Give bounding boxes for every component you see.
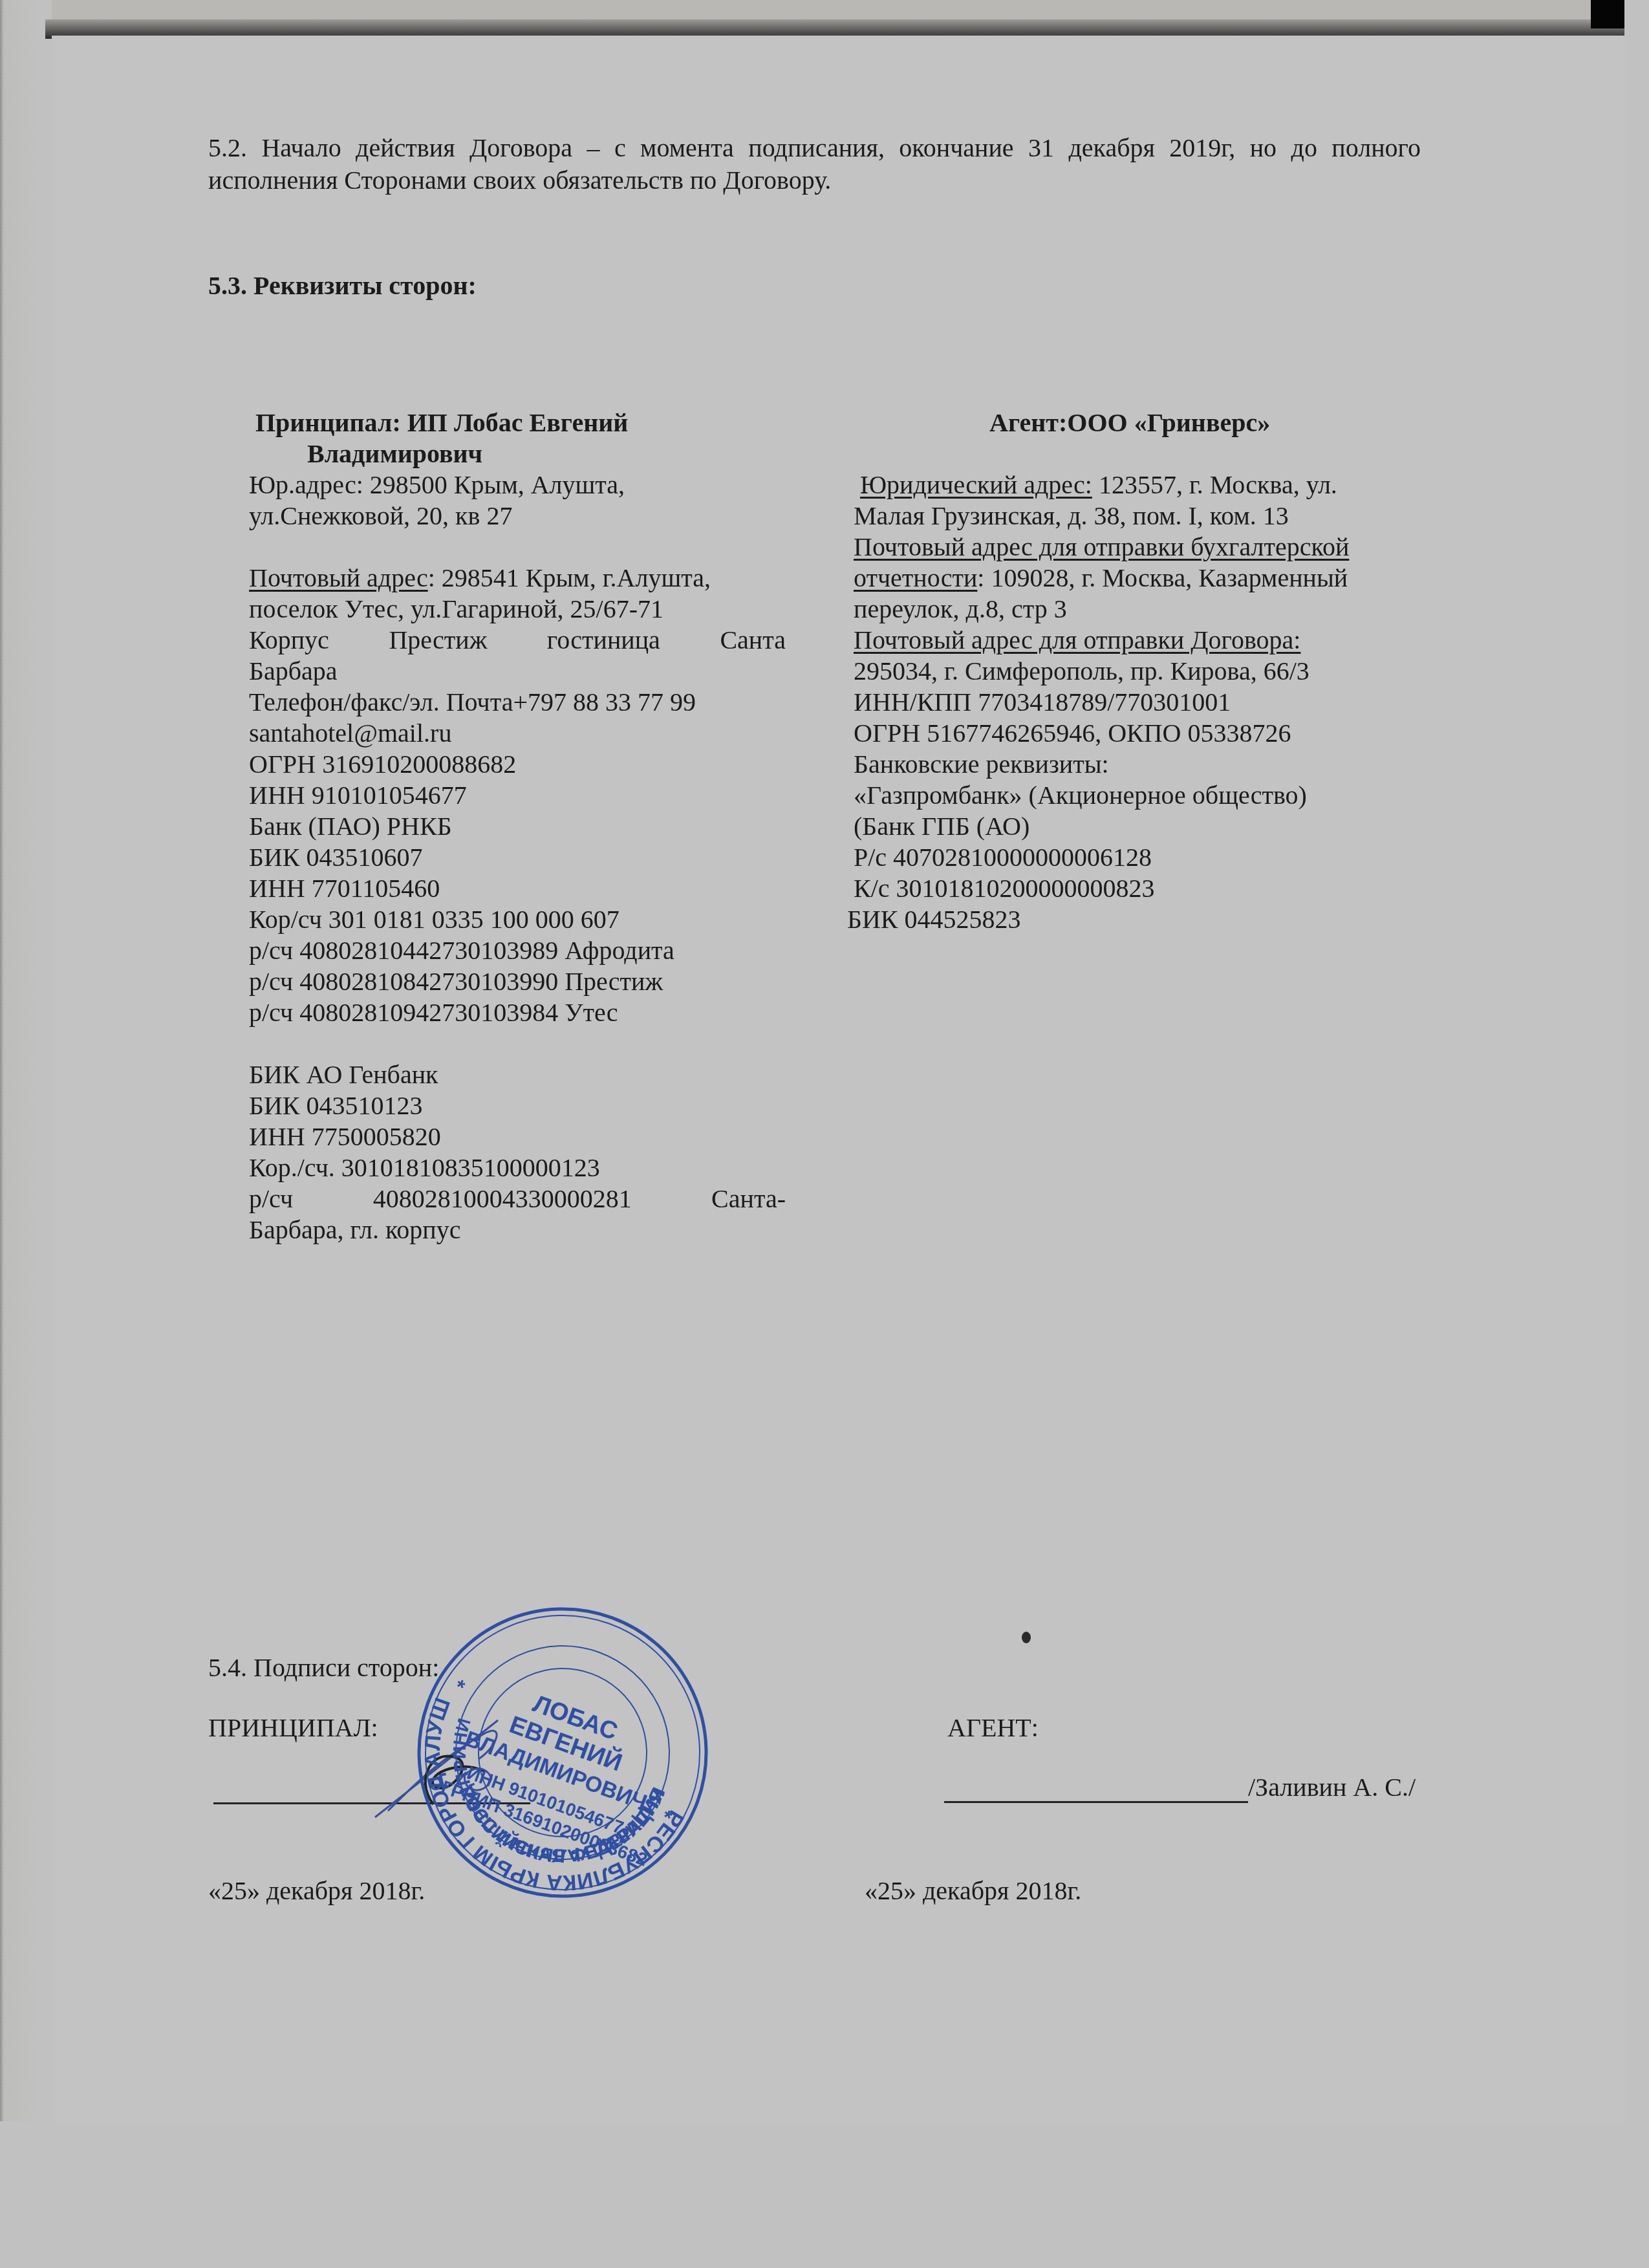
agent-accounting-postal-address-cont: переулок, д.8, стр 3 xyxy=(854,594,1436,625)
agent-accounting-postal-label: Почтовый адрес для отправки бухгалтерско… xyxy=(854,532,1436,563)
principal-legal-address: Юр.адрес: 298500 Крым, Алушта, xyxy=(249,470,786,501)
agent-accounting-postal-address: отчетности: 109028, г. Москва, Казарменн… xyxy=(854,563,1436,594)
bank2-inn: ИНН 7750005820 xyxy=(249,1121,786,1152)
principal-title: Принципал: ИП Лобас Евгений xyxy=(249,407,786,438)
bank2-account-cont: Барбара, гл. корпус xyxy=(249,1215,786,1246)
agent-bank-name: «Газпромбанк» (Акционерное общество) xyxy=(854,780,1436,811)
agent-ogrn-okpo: ОГРН 5167746265946, ОКПО 05338726 xyxy=(854,718,1436,749)
clause-5-3-heading: 5.3. Реквизиты сторон: xyxy=(208,270,477,301)
agent-details: Агент:ООО «Гринверс» Юридический адрес: … xyxy=(854,407,1436,935)
bank1-corr-account: Кор/сч 301 0181 0335 100 000 607 xyxy=(249,904,786,935)
agent-account: Р/с 40702810000000006128 xyxy=(854,842,1436,873)
svg-text:*: * xyxy=(452,1675,468,1700)
principal-inn: ИНН 910101054677 xyxy=(249,780,786,811)
principal-building: Корпус Престиж гостиница Санта xyxy=(249,625,786,656)
bank1-account-afrodita: р/сч 40802810442730103989 Афродита xyxy=(249,935,786,966)
principal-signature-date: «25» декабря 2018г. xyxy=(208,1875,425,1906)
principal-postal-address: Почтовый адрес: 298541 Крым, г.Алушта, xyxy=(249,563,786,594)
principal-postal-address-cont: поселок Утес, ул.Гагариной, 25/67-71 xyxy=(249,594,786,625)
company-seal-stamp: РЕСПУБЛИКА КРЫМ ГОРОД АЛУШТА ИНДИВИДУАЛЬ… xyxy=(414,1604,711,1901)
scan-speck xyxy=(1022,1632,1031,1643)
scan-bottom-strip xyxy=(0,2121,1649,2268)
agent-title: Агент:ООО «Гринверс» xyxy=(854,407,1436,438)
agent-inn-kpp: ИНН/КПП 7703418789/770301001 xyxy=(854,687,1436,718)
agent-signature-line xyxy=(944,1801,1248,1803)
principal-title-cont: Владимирович xyxy=(249,438,786,470)
agent-signature-date: «25» декабря 2018г. xyxy=(865,1875,1081,1906)
agent-bank-short: (Банк ГПБ (АО) xyxy=(854,811,1436,842)
agent-signature-label: АГЕНТ: xyxy=(947,1712,1039,1744)
bank2-name: БИК АО Генбанк xyxy=(249,1059,786,1090)
principal-details: Принципал: ИП Лобас Евгений Владимирович… xyxy=(249,407,786,1246)
bank1-account-utes: р/сч 40802810942730103984 Утес xyxy=(249,997,786,1028)
agent-legal-address: Юридический адрес: 123557, г. Москва, ул… xyxy=(854,470,1436,501)
agent-bank-heading: Банковские реквизиты: xyxy=(854,749,1436,780)
principal-building-cont: Барбара xyxy=(249,656,786,687)
agent-legal-address-cont: Малая Грузинская, д. 38, пом. I, ком. 13 xyxy=(854,501,1436,532)
bank1-name: Банк (ПАО) РНКБ xyxy=(249,811,786,842)
agent-bik: БИК 044525823 xyxy=(847,904,1436,935)
clause-5-4-heading: 5.4. Подписи сторон: xyxy=(208,1652,439,1683)
scan-left-edge xyxy=(0,0,52,2121)
clause-5-2-line1: 5.2. Начало действия Договора – с момент… xyxy=(208,133,1421,164)
bank1-inn: ИНН 7701105460 xyxy=(249,873,786,904)
bank2-bik: БИК 043510123 xyxy=(249,1090,786,1121)
agent-contract-postal-label: Почтовый адрес для отправки Договора: xyxy=(854,625,1436,656)
scan-corner xyxy=(1591,0,1624,28)
postal-address-label: Почтовый адрес xyxy=(249,563,428,592)
agent-contract-postal-address: 295034, г. Симферополь, пр. Кирова, 66/3 xyxy=(854,656,1436,687)
principal-phone: Телефон/факс/эл. Почта+797 88 33 77 99 xyxy=(249,687,786,718)
bank1-account-prestizh: р/сч 40802810842730103990 Престиж xyxy=(249,966,786,997)
agent-signatory-name: /Заливин А. С./ xyxy=(1248,1772,1416,1803)
principal-ogrn: ОГРН 316910200088682 xyxy=(249,749,786,780)
scan-right-strip xyxy=(1624,0,1649,2268)
principal-email: santahotel@mail.ru xyxy=(249,718,786,749)
agent-corr-account: К/с 30101810200000000823 xyxy=(854,873,1436,904)
bank1-bik: БИК 043510607 xyxy=(249,842,786,873)
principal-legal-address-cont: ул.Снежковой, 20, кв 27 xyxy=(249,501,786,532)
bank2-corr-account: Кор./сч. 30101810835100000123 xyxy=(249,1152,786,1183)
bank2-account: р/сч 40802810004330000281 Санта- xyxy=(249,1183,786,1215)
clause-5-2-line2: исполнения Сторонами своих обязательств … xyxy=(208,165,831,196)
